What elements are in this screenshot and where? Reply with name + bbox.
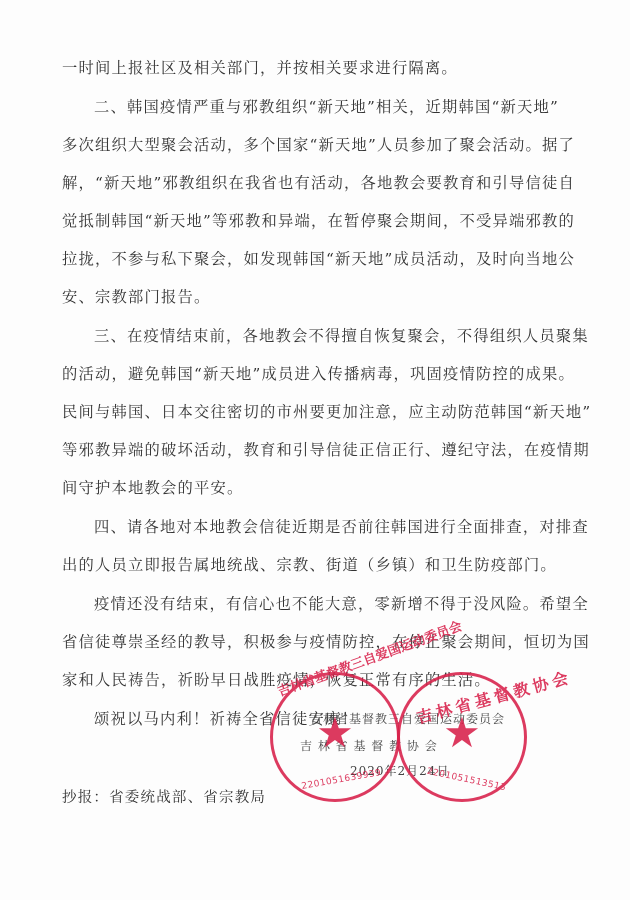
body-line: 一时间上报社区及相关部门，并按相关要求进行隔离。 bbox=[62, 58, 562, 78]
body-line: 觉抵制韩国“新天地”等邪教和异端，在暂停聚会期间，不受异端邪教的 bbox=[62, 211, 562, 231]
body-line: 多次组织大型聚会活动，多个国家“新天地”人员参加了聚会活动。据了 bbox=[62, 135, 562, 155]
section-four-line: 四、请各地对本地教会信徒近期是否前往韩国进行全面排查，对排查 bbox=[94, 517, 594, 537]
star-icon: ★ bbox=[316, 712, 354, 754]
body-line: 等邪教异端的破坏活动，教育和引导信徒正信正行、遵纪守法，在疫情期 bbox=[62, 440, 562, 460]
body-line: 拉拢，不参与私下聚会，如发现韩国“新天地”成员活动，及时向当地公 bbox=[62, 249, 562, 269]
body-line: 解，“新天地”邪教组织在我省也有活动，各地教会要教育和引导信徒自 bbox=[62, 173, 562, 193]
closing-line: 疫情还没有结束，有信心也不能大意，零新增不得于没风险。希望全 bbox=[94, 594, 594, 614]
body-line: 民间与韩国、日本交往密切的市州要更加注意，应主动防范韩国“新天地” bbox=[62, 402, 562, 422]
section-three-line: 三、在疫情结束前，各地教会不得擅自恢复聚会，不得组织人员聚集 bbox=[94, 326, 594, 346]
body-line: 间守护本地教会的平安。 bbox=[62, 478, 562, 498]
section-two-line: 二、韩国疫情严重与邪教组织“新天地”相关，近期韩国“新天地” bbox=[94, 97, 594, 117]
official-seal-three-self: ★ 吉林省基督教三自爱国运动委员会 2201051639939 bbox=[270, 672, 400, 802]
cc-line: 抄报：省委统战部、省宗教局 bbox=[62, 788, 562, 808]
document-page: 一时间上报社区及相关部门，并按相关要求进行隔离。 二、韩国疫情严重与邪教组织“新… bbox=[0, 0, 630, 900]
body-line: 安、宗教部门报告。 bbox=[62, 287, 562, 307]
body-line: 出的人员立即报告属地统战、宗教、街道（乡镇）和卫生防疫部门。 bbox=[62, 555, 562, 575]
body-line: 省信徒尊崇圣经的教导，积极参与疫情防控，在停止聚会期间，恒切为国 bbox=[62, 632, 562, 652]
official-seal-christian-council: ★ 吉林省基督教协会 2201051513513 bbox=[397, 672, 527, 802]
body-line: 的活动，避免韩国“新天地”成员进入传播病毒，巩固疫情防控的成果。 bbox=[62, 364, 562, 384]
